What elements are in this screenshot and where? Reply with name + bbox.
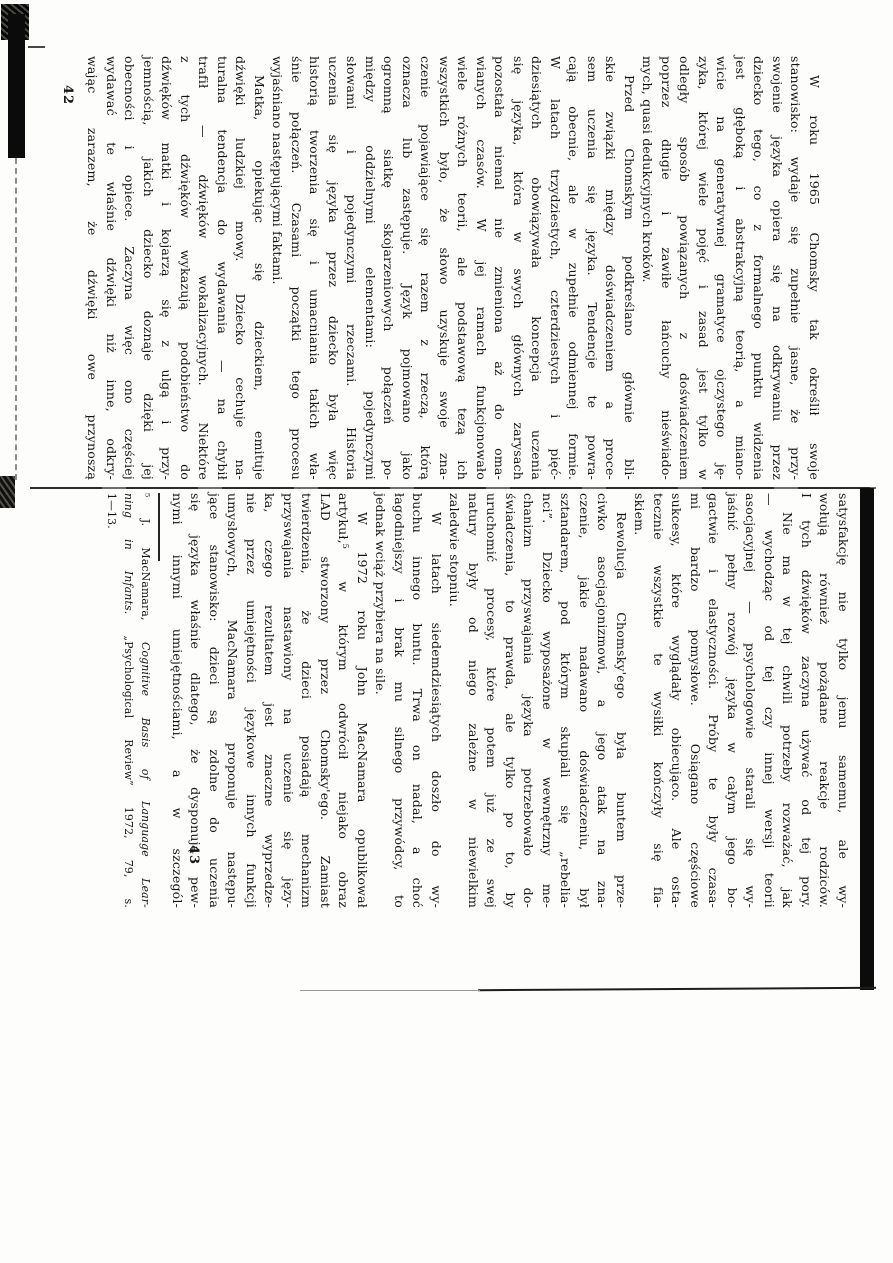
text-line: wianych czasów. W jej ramach funkcjonowa… <box>472 56 491 480</box>
text-line: zaledwie stopniu. <box>445 493 464 908</box>
text-line: sem uczenia się języka. Tendencje te pow… <box>583 56 602 480</box>
text-line: pozostała niemal nie zmieniona aż do oma… <box>490 56 509 480</box>
film-edge-dashed-line <box>15 158 17 480</box>
text-line: nie przez umiejętności językowe innych f… <box>242 493 261 908</box>
text-line: obecności i opiece. Zaczyna więc ono czę… <box>120 56 139 480</box>
text-line: natury były od niego zależne w niewielki… <box>464 493 483 908</box>
text-line: I tych dźwięków zaczyna używać od tej po… <box>797 493 816 908</box>
text-line: sztandarem, pod którym skupiali się „reb… <box>556 493 575 908</box>
text-line: uruchomić procesy, które potem już ze sw… <box>482 493 501 908</box>
text-line: turalna tendencja do wydawania — na chyb… <box>213 56 232 480</box>
text-line: W 1972 roku John MacNamara opublikował <box>353 493 372 908</box>
text-line: cają obecnie, ale w zupełnie odmiennej f… <box>564 56 583 480</box>
text-line: W latach trzydziestych, czterdziestych i… <box>546 56 565 480</box>
text-line: się języka, która w swych głównych zarys… <box>509 56 528 480</box>
text-line: gactwie i elastyczności. Próby te były c… <box>704 493 723 908</box>
text-line: W latach siedemdziesiątych doszło do wy- <box>427 493 446 908</box>
text-line: historią tworzenia się i umacniania taki… <box>305 56 324 480</box>
text-line: artykuł,⁵ w którym odwrócił niejako obra… <box>334 493 353 908</box>
text-line: wiele różnych teorii, ale podstawową tez… <box>453 56 472 480</box>
page-43-text: satysfakcję nie tylko jemu samemu, ale w… <box>104 493 853 908</box>
text-line: Przed Chomskym podkreślano głównie bli- <box>620 56 639 480</box>
footnote-line: 1—13. <box>104 493 121 908</box>
text-line: jaśnić pełny rozwój języka w całym jego … <box>723 493 742 908</box>
page-42-lines: W roku 1965 Chomsky tak określił swojest… <box>83 56 823 480</box>
text-line: Rewolucja Chomsky'ego była buntem prze- <box>612 493 631 908</box>
text-line: poprzez długie i zawiłe łańcuchy nieświa… <box>657 56 676 480</box>
page-number-42: 42 <box>60 85 75 105</box>
text-line: wicie na generatywnej gramatyce ojczyste… <box>712 56 731 480</box>
text-line: W roku 1965 Chomsky tak określił swoje <box>805 56 824 480</box>
page-43-footnote: ⁵ J. MacNamara, Cognitive Basis of Langu… <box>104 493 155 908</box>
text-line: mi bardzo pomysłowe. Osiągano częściowe <box>686 493 705 908</box>
text-line: oznacza lub zastępuje. Język pojmowano j… <box>398 56 417 480</box>
text-line: czenie, jakie nadawano doświadczeniu, by… <box>575 493 594 908</box>
text-line: czenie pojawiające się razem z rzeczą, k… <box>416 56 435 480</box>
text-line: słowami i pojedynczymi rzeczami. Histori… <box>342 56 361 480</box>
text-line: z tych dźwięków wykazują podobieństwo do <box>176 56 195 480</box>
text-line: swojenie języka opiera się na odkrywaniu… <box>768 56 787 480</box>
text-line: Nie ma w tej chwili potrzeby rozważać, j… <box>778 493 797 908</box>
text-line: między oddzielnymi elementami: pojedyncz… <box>361 56 380 480</box>
text-line: asocjacyjnej — psychologowie starali się… <box>741 493 760 908</box>
text-line: wydawać te właśnie dźwięki niż inne, odk… <box>102 56 121 480</box>
text-line: satysfakcję nie tylko jemu samemu, ale w… <box>834 493 853 908</box>
film-edge-bar <box>8 14 25 158</box>
text-line: się języka właśnie dlatego, że dysponują… <box>186 493 205 908</box>
text-line: dziesiątych obowiązywała koncepcja uczen… <box>527 56 546 480</box>
page-edge-line-bottom <box>478 987 876 991</box>
text-line: ogromną siatkę skojarzeniowych połączeń … <box>379 56 398 480</box>
page-43-lines: satysfakcję nie tylko jemu samemu, ale w… <box>168 493 853 908</box>
text-line: nci”. Dziecko wyposażone w wewnętrzny me… <box>538 493 557 908</box>
page-42-text: W roku 1965 Chomsky tak określił swojest… <box>83 56 823 480</box>
footnote-line: ⁵ J. MacNamara, Cognitive Basis of Langu… <box>138 493 155 908</box>
text-line: twierdzenia, że dzieci posiadają mechani… <box>297 493 316 908</box>
text-line: nymi innymi umiejętnościami, a w szczegó… <box>168 493 187 908</box>
text-line: — wychodząc od tej czy innej wersji teor… <box>760 493 779 908</box>
text-line: sukcesy, które wyglądały obiecująco. Ale… <box>667 493 686 908</box>
text-line: tecznie wszystkie te wysiłki kończyły si… <box>649 493 668 908</box>
text-line: zyka, której wiele pojęć i zasad jest ty… <box>694 56 713 480</box>
text-line: jednak wciąż przybiera na sile. <box>371 493 390 908</box>
page-separator-line <box>30 487 876 489</box>
text-line: wając zarazem, że dźwięki owe przynoszą <box>83 56 102 480</box>
text-line: mych, quasi dedukcyjnych kroków. <box>638 56 657 480</box>
text-line: jemnością, jakich dziecko doznaje dzięki… <box>139 56 158 480</box>
page-edge-bar-right <box>860 488 874 990</box>
text-line: dźwięki ludzkiej mowy. Dziecko cechuje n… <box>231 56 250 480</box>
text-line: buchu innego buntu. Trwa on nadal, a cho… <box>408 493 427 908</box>
text-line: wszystkich było, że słowo uzyskuje swoje… <box>435 56 454 480</box>
text-line: odległy sposób powiązanych z doświadczen… <box>675 56 694 480</box>
text-line: LAD stworzony przez Chomsky'ego. Zamiast <box>316 493 335 908</box>
text-line: dziecko tego, co z formalnego punktu wid… <box>749 56 768 480</box>
text-line: ciwko asocjacjonizmowi, a jego atak na z… <box>593 493 612 908</box>
text-line: Matka, opiekując się dzieckiem, emituje <box>250 56 269 480</box>
text-line: trafił — dźwięków wokalizacyjnych. Niekt… <box>194 56 213 480</box>
text-line: świadczenia, to prawda, ale tylko po to,… <box>501 493 520 908</box>
footnote-rule <box>159 493 161 561</box>
text-line: jące stanowisko: dzieci są zdolne do ucz… <box>205 493 224 908</box>
footnote-line: ning in Infants. „Psychological Review” … <box>121 493 138 908</box>
text-line: jest głęboką i abstrakcyjną teorią, a mi… <box>731 56 750 480</box>
text-line: przyswajania nastawiony na uczenie się j… <box>279 493 298 908</box>
text-line: łagodniejszy i brak mu silnego przywódcy… <box>390 493 409 908</box>
text-line: śnie połączeń. Czasami początki tego pro… <box>287 56 306 480</box>
film-edge-blob-bottom <box>0 476 15 508</box>
text-line: uczenia się języka przez dziecko była wi… <box>324 56 343 480</box>
text-line: wyjaśniano następującymi faktami. <box>268 56 287 480</box>
text-line: stanowisko: wydaje się zupełnie jasne, ż… <box>786 56 805 480</box>
text-line: umysłowych, MacNamara proponuje następu- <box>223 493 242 908</box>
text-line: wołują również pożądane reakcje rodziców… <box>815 493 834 908</box>
text-line: skie związki między doświadczeniem a pro… <box>601 56 620 480</box>
text-line: dźwięków matki i kojarzą się z ulgą i pr… <box>157 56 176 480</box>
scan-tick-mark <box>28 46 45 48</box>
text-line: ka, czego rezultatem jest znaczne wyprze… <box>260 493 279 908</box>
text-line: skiem. <box>630 493 649 908</box>
page-edge-line-bottom-faint <box>300 990 480 991</box>
text-line: chanizm przyswajania języka potrzebowało… <box>519 493 538 908</box>
